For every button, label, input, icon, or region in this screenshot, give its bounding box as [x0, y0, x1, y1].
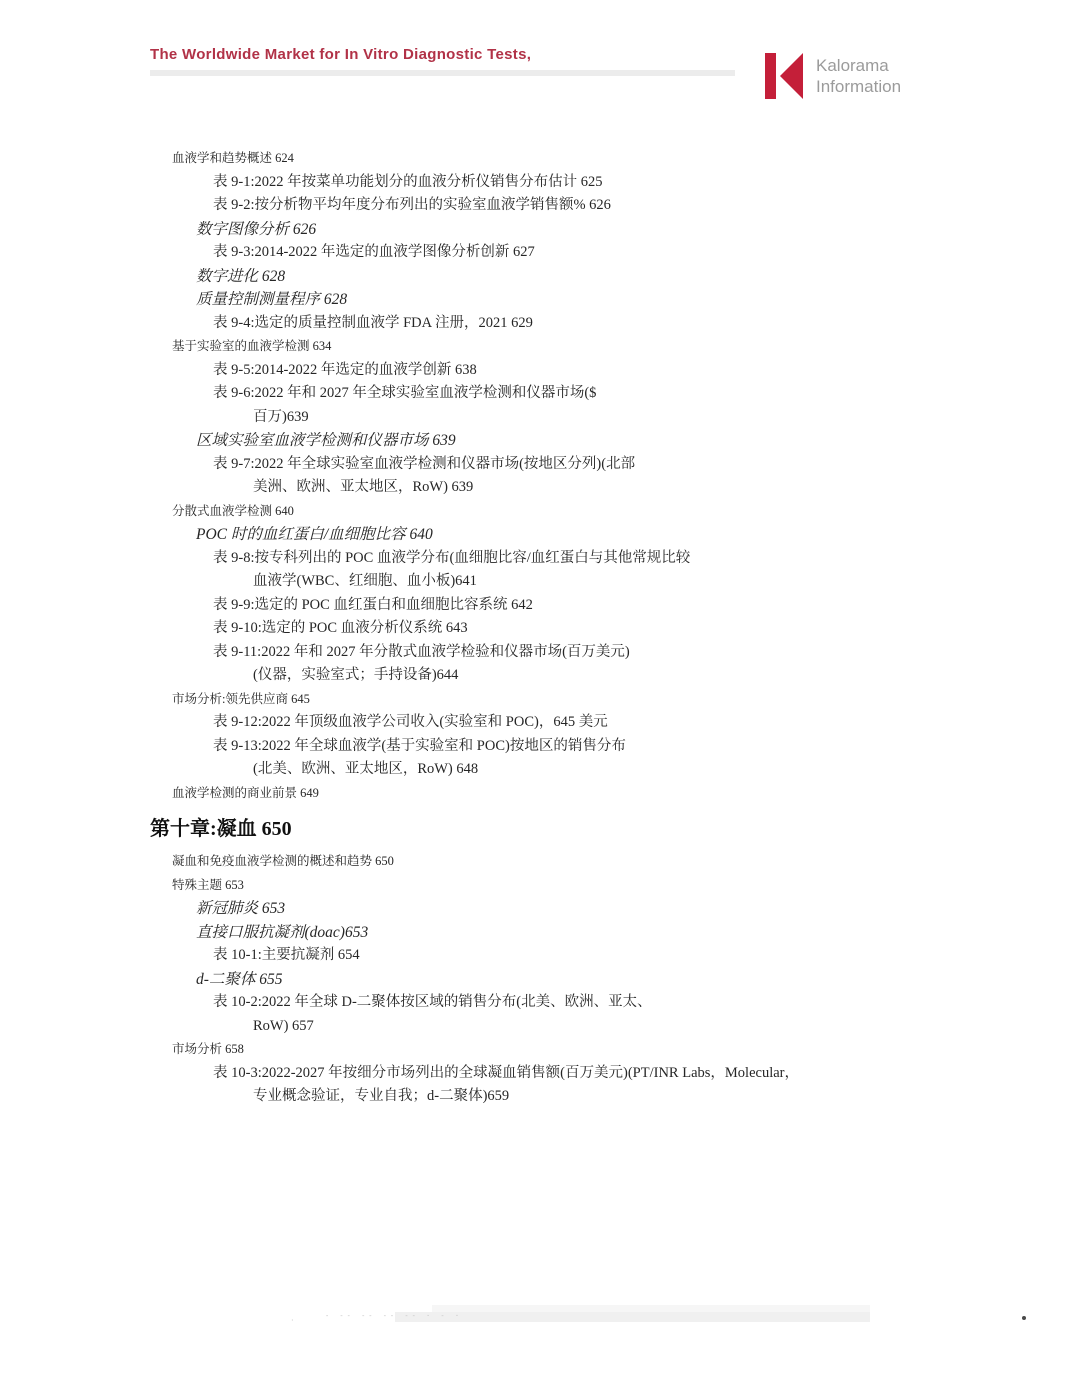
report-title: The Worldwide Market for In Vitro Diagno…	[150, 46, 531, 63]
toc-entry: 血液学(WBC、红细胞、血小板)641	[0, 570, 1080, 594]
logo-line2: Information	[816, 76, 901, 97]
toc-entry: POC 时的血红蛋白/血细胞比容 640	[0, 523, 1080, 547]
toc-entry: 数字进化 628	[0, 265, 1080, 289]
footer-bar-bottom	[395, 1312, 870, 1322]
toc-entry: (北美、欧洲、亚太地区，RoW) 648	[0, 758, 1080, 782]
toc-entry: 表 9-7:2022 年全球实验室血液学检测和仪器市场(按地区分列)(北部	[0, 453, 1080, 477]
chapter-heading: 第十章:凝血 650	[0, 816, 1080, 843]
toc-entry: 表 9-3:2014-2022 年选定的血液学图像分析创新 627	[0, 241, 1080, 265]
footer-left-dot: ·	[291, 1316, 294, 1325]
toc-entry: 区域实验室血液学检测和仪器市场 639	[0, 429, 1080, 453]
toc-entry: 凝血和免疫血液学检测的概述和趋势 650	[0, 850, 1080, 874]
toc-entry: 表 10-1:主要抗凝剂 654	[0, 944, 1080, 968]
toc-entry: 市场分析:领先供应商 645	[0, 688, 1080, 712]
toc-entry: 新冠肺炎 653	[0, 897, 1080, 921]
toc-entry: 数字图像分析 626	[0, 218, 1080, 242]
toc-entry: 表 9-5:2014-2022 年选定的血液学创新 638	[0, 359, 1080, 383]
toc-entry: 特殊主题 653	[0, 874, 1080, 898]
toc-entry: 表 9-9:选定的 POC 血红蛋白和血细胞比容系统 642	[0, 594, 1080, 618]
toc-entry: 基于实验室的血液学检测 634	[0, 335, 1080, 359]
toc-entry: 表 9-2:按分析物平均年度分布列出的实验室血液学销售额% 626	[0, 194, 1080, 218]
table-of-contents: 血液学和趋势概述 624表 9-1:2022 年按菜单功能划分的血液分析仪销售分…	[0, 147, 1080, 1109]
kalorama-k-icon	[765, 53, 803, 99]
toc-entry: 市场分析 658	[0, 1038, 1080, 1062]
toc-entry: RoW) 657	[0, 1015, 1080, 1039]
toc-entry: 直接口服抗凝剂(doac)653	[0, 921, 1080, 945]
toc-entry: 表 9-6:2022 年和 2027 年全球实验室血液学检测和仪器市场($	[0, 382, 1080, 406]
toc-entry: 血液学检测的商业前景 649	[0, 782, 1080, 806]
document-page: The Worldwide Market for In Vitro Diagno…	[0, 0, 1080, 1396]
header-divider	[150, 70, 735, 76]
toc-entry: 专业概念验证，专业自我；d-二聚体)659	[0, 1085, 1080, 1109]
toc-entry: 百万)639	[0, 406, 1080, 430]
logo-line1: Kalorama	[816, 55, 901, 76]
toc-entry: 表 9-1:2022 年按菜单功能划分的血液分析仪销售分布估计 625	[0, 171, 1080, 195]
toc-entry: 血液学和趋势概述 624	[0, 147, 1080, 171]
toc-entry: 表 9-8:按专科列出的 POC 血液学分布(血细胞比容/血红蛋白与其他常规比较	[0, 547, 1080, 571]
toc-entry: 表 9-10:选定的 POC 血液分析仪系统 643	[0, 617, 1080, 641]
footer-faint-text: - -- -- -- -- · - ·	[325, 1312, 462, 1320]
toc-entry: 表 9-13:2022 年全球血液学(基于实验室和 POC)按地区的销售分布	[0, 735, 1080, 759]
toc-entry: 表 10-3:2022-2027 年按细分市场列出的全球凝血销售额(百万美元)(…	[0, 1062, 1080, 1086]
footer-period-dot	[1022, 1316, 1026, 1320]
toc-entry: 表 9-4:选定的质量控制血液学 FDA 注册，2021 629	[0, 312, 1080, 336]
logo-wordmark: Kalorama Information	[816, 55, 901, 97]
toc-entry: 美洲、欧洲、亚太地区，RoW) 639	[0, 476, 1080, 500]
toc-entry: 表 9-12:2022 年顶级血液学公司收入(实验室和 POC)，645 美元	[0, 711, 1080, 735]
toc-entry: 质量控制测量程序 628	[0, 288, 1080, 312]
toc-entry: 分散式血液学检测 640	[0, 500, 1080, 524]
toc-entry: 表 9-11:2022 年和 2027 年分散式血液学检验和仪器市场(百万美元)	[0, 641, 1080, 665]
toc-entry: (仪器，实验室式；手持设备)644	[0, 664, 1080, 688]
toc-entry: d-二聚体 655	[0, 968, 1080, 992]
kalorama-logo: Kalorama Information	[765, 53, 901, 99]
toc-entry: 表 10-2:2022 年全球 D-二聚体按区域的销售分布(北美、欧洲、亚太、	[0, 991, 1080, 1015]
footer-bar-top	[432, 1305, 870, 1312]
